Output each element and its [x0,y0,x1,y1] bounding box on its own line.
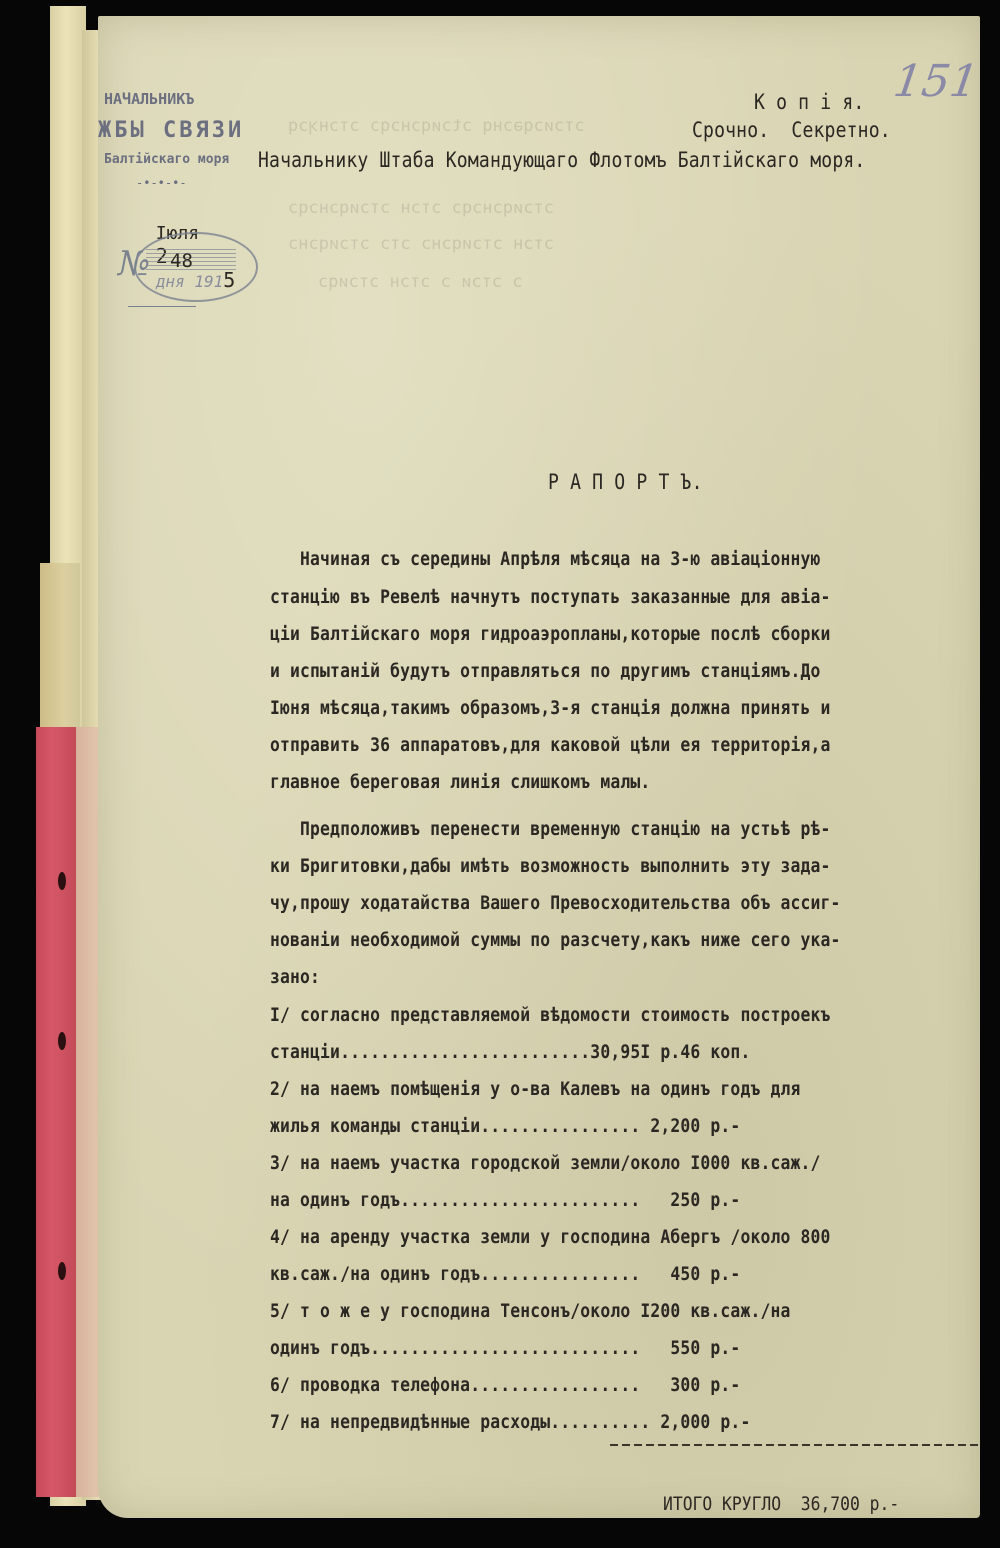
stamp-region: Балтійскаго моря [104,152,229,167]
body-line: Іюня мѣсяца,такимъ образомъ,3-я станція … [270,697,831,719]
bleed-through-text: ɔтɔн ɔтɔᴎqɔнɔ ɔтɔ ɔтɔᴎqɔнɔ [288,234,554,255]
body-line: главное береговая линія слишкомъ малы. [270,771,650,793]
total-label: ИТОГО КРУГЛО [663,1493,781,1515]
stamp-underline [128,306,196,307]
body-line: Предположивъ перенести временную станцію… [270,818,831,840]
binding-strip-tab [40,563,80,738]
classification-label: Срочно. Секретно. [692,118,891,142]
cost-item-4-line-2: кв.саж./на одинъ годъ................ 45… [270,1263,740,1285]
cost-item-6: 6/ проводка телефона................. 30… [270,1374,740,1396]
cost-item-5-line-1: 5/ т о ж е у господина Тенсонъ/около I20… [270,1300,791,1322]
cost-item-1-line-2: станціи.........................30,95I р… [270,1041,750,1063]
body-line: нованіи необходимой суммы по разсчету,ка… [270,929,841,951]
total-divider [610,1444,980,1446]
stamp-department: ЖБЫ СВЯЗИ [98,118,244,143]
document-sheet: ɔтɔᴎɔqəɔнq ɔtɔᴎqɔнɔqɔ ɔтɔнʞɔq ɔтɔᴎqɔнɔqɔ… [98,16,980,1518]
cost-item-2-line-2: жилья команды станціи................ 2,… [270,1115,740,1137]
cost-item-3-line-1: 3/ на наемъ участка городской земли/окол… [270,1152,821,1174]
document-scan: ɔтɔᴎɔqəɔнq ɔtɔᴎqɔнɔqɔ ɔтɔнʞɔq ɔтɔᴎqɔнɔqɔ… [0,0,1000,1548]
bleed-through-text: ɔтɔᴎqɔнɔqɔ ɔтɔн ɔтɔᴎqɔнɔqɔ [288,198,554,219]
body-line: ки Бригитовки,дабы имѣть возможность вып… [270,855,831,877]
body-line: Начиная съ середины Апрѣля мѣсяца на 3-ю… [270,548,821,570]
punch-hole [58,872,66,890]
total-row: ИТОГО КРУГЛО 36,700 р.- [604,1471,899,1537]
body-line: станцію въ Ревелѣ начнутъ поступать зака… [270,586,831,608]
body-line: отправить 36 аппаратовъ,для каковой цѣли… [270,734,831,756]
punch-hole [58,1262,66,1280]
body-line: и испытаній будутъ отправляться по други… [270,660,821,682]
body-line: зано: [270,966,320,988]
stamp-number: 48 [170,250,193,272]
cost-item-1-line-1: I/ согласно представляемой вѣдомости сто… [270,1004,831,1026]
total-amount: 36,700 р.- [801,1493,899,1515]
cost-item-7: 7/ на непредвидѣнные расходы.......... 2… [270,1411,750,1433]
report-title: Р А П О Р Т Ъ. [548,470,703,494]
cost-item-3-line-2: на одинъ годъ........................ 25… [270,1189,740,1211]
bleed-through-text: ɔтɔᴎɔqəɔнq ɔtɔᴎqɔнɔqɔ ɔтɔнʞɔq [288,116,585,137]
stamp-ornament: -•-•-•- [136,176,187,190]
punch-hole [58,1032,66,1050]
copy-label: К о п і я. [754,90,864,114]
bleed-through-text: ɔ ɔтɔᴎ ɔ ɔтɔн ɔтɔᴎqɔ [318,272,523,293]
stamp-title: НАЧАЛЬНИКЪ [104,90,194,108]
cost-item-2-line-1: 2/ на наемъ помѣщенія у о-ва Калевъ на о… [270,1078,801,1100]
body-line: чу,прошу ходатайства Вашего Превосходите… [270,892,841,914]
cost-item-4-line-1: 4/ на аренду участка земли у господина А… [270,1226,831,1248]
addressee-line: Начальнику Штаба Командующаго Флотомъ Ба… [258,148,865,172]
handwritten-page-number: 151 [890,56,981,107]
cost-item-5-line-2: одинъ годъ........................... 55… [270,1337,740,1359]
body-line: ціи Балтійскаго моря гидроаэропланы,кото… [270,623,831,645]
red-binding-tab [36,727,76,1497]
stamp-number-sign: № [118,244,150,284]
